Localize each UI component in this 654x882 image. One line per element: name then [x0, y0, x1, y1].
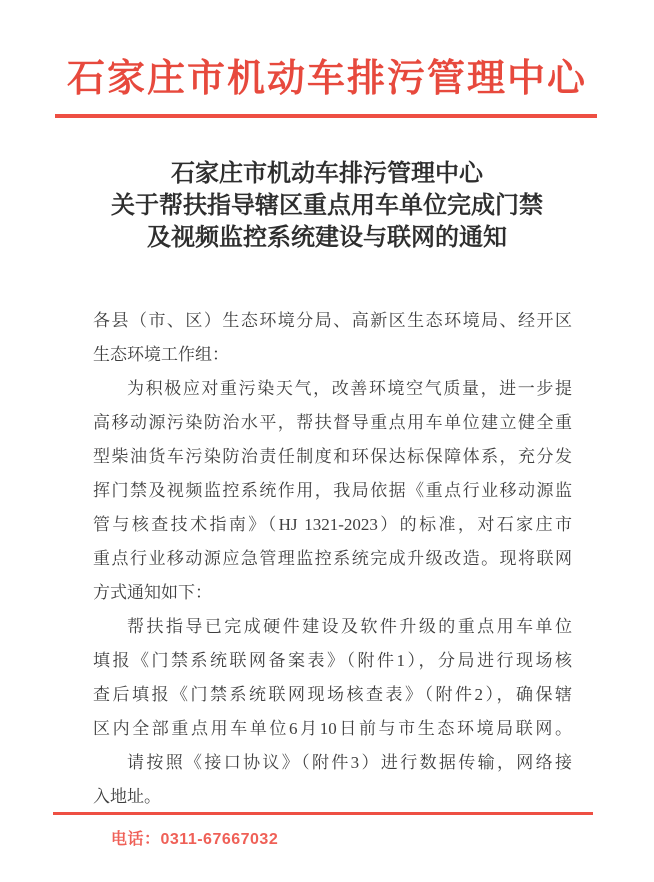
document-page: 石家庄市机动车排污管理中心 石家庄市机动车排污管理中心 关于帮扶指导辖区重点用车…: [0, 0, 654, 882]
body-line: 高移动源污染防治水平，帮扶督导重点用车单位建立健全重: [93, 406, 572, 440]
document-title-line-2: 关于帮扶指导辖区重点用车单位完成门禁: [0, 190, 654, 222]
body-line: 填报《门禁系统联网备案表》（附件1），分局进行现场核: [93, 644, 572, 678]
letterhead-divider: [55, 114, 597, 118]
body-line: 为积极应对重污染天气，改善环境空气质量，进一步提: [93, 372, 572, 406]
body-line: 各县（市、区）生态环境分局、高新区生态环境局、经开区: [93, 304, 572, 338]
body-line: 型柴油货车污染防治责任制度和环保达标保障体系，充分发: [93, 440, 572, 474]
body-line: 查后填报《门禁系统联网现场核查表》（附件2），确保辖: [93, 678, 572, 712]
body-line: 管与核查技术指南》（HJ 1321-2023）的标准，对石家庄市: [93, 508, 572, 542]
body-line: 重点行业移动源应急管理监控系统完成升级改造。现将联网: [93, 542, 572, 576]
letterhead-title: 石家庄市机动车排污管理中心: [0, 0, 654, 102]
document-title-line-1: 石家庄市机动车排污管理中心: [0, 158, 654, 190]
footer-divider: [53, 812, 593, 815]
body-line: 请按照《接口协议》（附件3）进行数据传输，网络接: [93, 746, 572, 780]
page-footer: 电话：0311-67667032: [53, 812, 593, 849]
body-line: 入地址。: [93, 780, 572, 814]
body-line: 区内全部重点用车单位6月10日前与市生态环境局联网。: [93, 712, 572, 746]
phone-number: 电话：0311-67667032: [111, 826, 593, 849]
body-line: 帮扶指导已完成硬件建设及软件升级的重点用车单位: [93, 610, 572, 644]
body-line: 方式通知如下：: [93, 576, 572, 610]
document-title-line-3: 及视频监控系统建设与联网的通知: [0, 222, 654, 254]
body-line: 挥门禁及视频监控系统作用，我局依据《重点行业移动源监: [93, 474, 572, 508]
body-line: 生态环境工作组：: [93, 338, 572, 372]
document-title: 石家庄市机动车排污管理中心 关于帮扶指导辖区重点用车单位完成门禁 及视频监控系统…: [0, 158, 654, 254]
notice-body: 各县（市、区）生态环境分局、高新区生态环境局、经开区 生态环境工作组： 为积极应…: [93, 304, 572, 814]
